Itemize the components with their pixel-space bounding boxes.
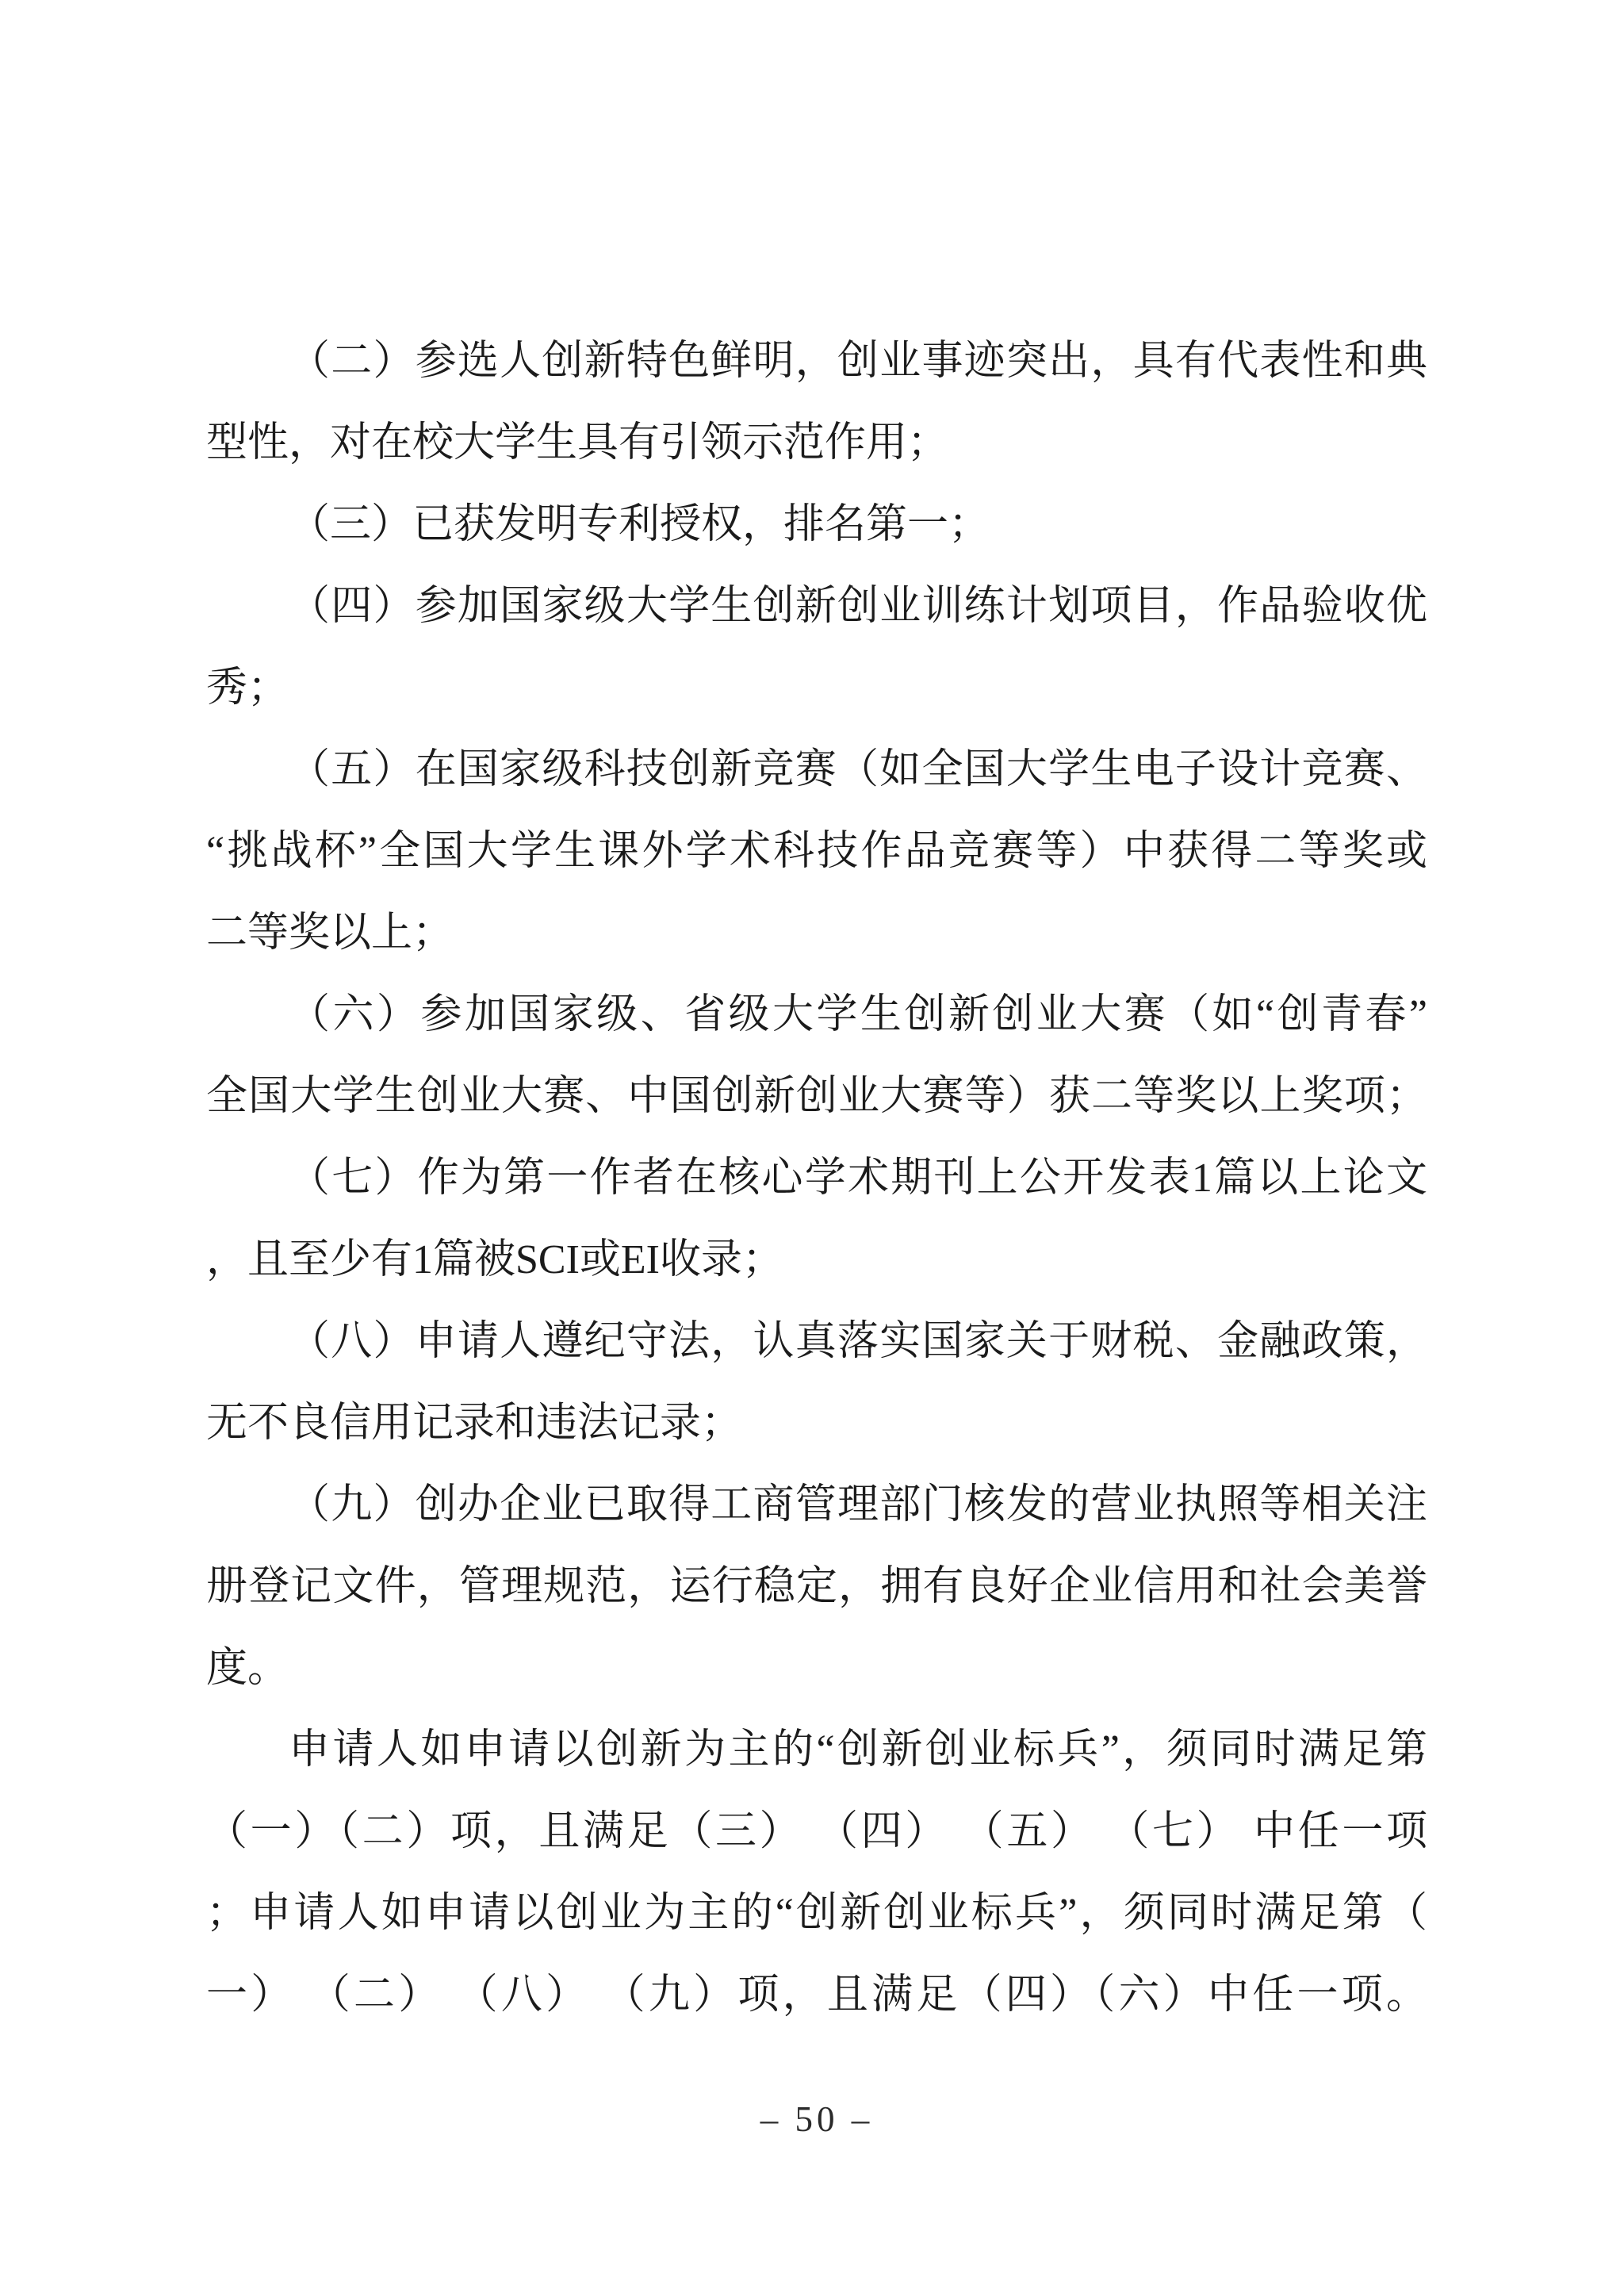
text-line: （八）申请人遵纪守法，认真落实国家关于财税、金融政策， [206, 1301, 1427, 1382]
text-line: “挑战杯”全国大学生课外学术科技作品竞赛等）中获得二等奖或 [206, 811, 1427, 892]
text-line: 型性，对在校大学生具有引领示范作用； [206, 402, 1427, 484]
document-text-block: （二）参选人创新特色鲜明，创业事迹突出，具有代表性和典型性，对在校大学生具有引领… [206, 320, 1427, 2036]
text-line: 申请人如申请以创新为主的“创新创业标兵”，须同时满足第 [206, 1709, 1427, 1791]
page-number: – 50 – [206, 2095, 1427, 2143]
text-line: 度。 [206, 1627, 1427, 1709]
text-line: （五）在国家级科技创新竞赛（如全国大学生电子设计竞赛、 [206, 729, 1427, 811]
text-line: 无不良信用记录和违法记录； [206, 1382, 1427, 1464]
text-line: ；申请人如申请以创业为主的“创新创业标兵”，须同时满足第（ [206, 1872, 1427, 1954]
text-line: （七）作为第一作者在核心学术期刊上公开发表1篇以上论文 [206, 1137, 1427, 1219]
document-page: （二）参选人创新特色鲜明，创业事迹突出，具有代表性和典型性，对在校大学生具有引领… [0, 0, 1624, 2296]
text-line: （四）参加国家级大学生创新创业训练计划项目，作品验收优 [206, 565, 1427, 647]
text-line: （六）参加国家级、省级大学生创新创业大赛（如“创青春” [206, 974, 1427, 1056]
text-line: 秀； [206, 647, 1427, 729]
text-line: 一） （二） （八） （九）项，且满足（四）（六）中任一项。 [206, 1954, 1427, 2036]
text-line: 二等奖以上； [206, 892, 1427, 974]
text-line: （二）参选人创新特色鲜明，创业事迹突出，具有代表性和典 [206, 320, 1427, 402]
text-line: 册登记文件，管理规范，运行稳定，拥有良好企业信用和社会美誉 [206, 1546, 1427, 1627]
text-line: （九）创办企业已取得工商管理部门核发的营业执照等相关注 [206, 1464, 1427, 1546]
text-line: （一）（二）项，且满足（三） （四） （五） （七） 中任一项 [206, 1791, 1427, 1872]
text-line: ，且至少有1篇被SCI或EI收录； [206, 1219, 1427, 1301]
text-line: （三）已获发明专利授权，排名第一； [206, 484, 1427, 565]
text-line: 全国大学生创业大赛、中国创新创业大赛等）获二等奖以上奖项； [206, 1056, 1427, 1137]
